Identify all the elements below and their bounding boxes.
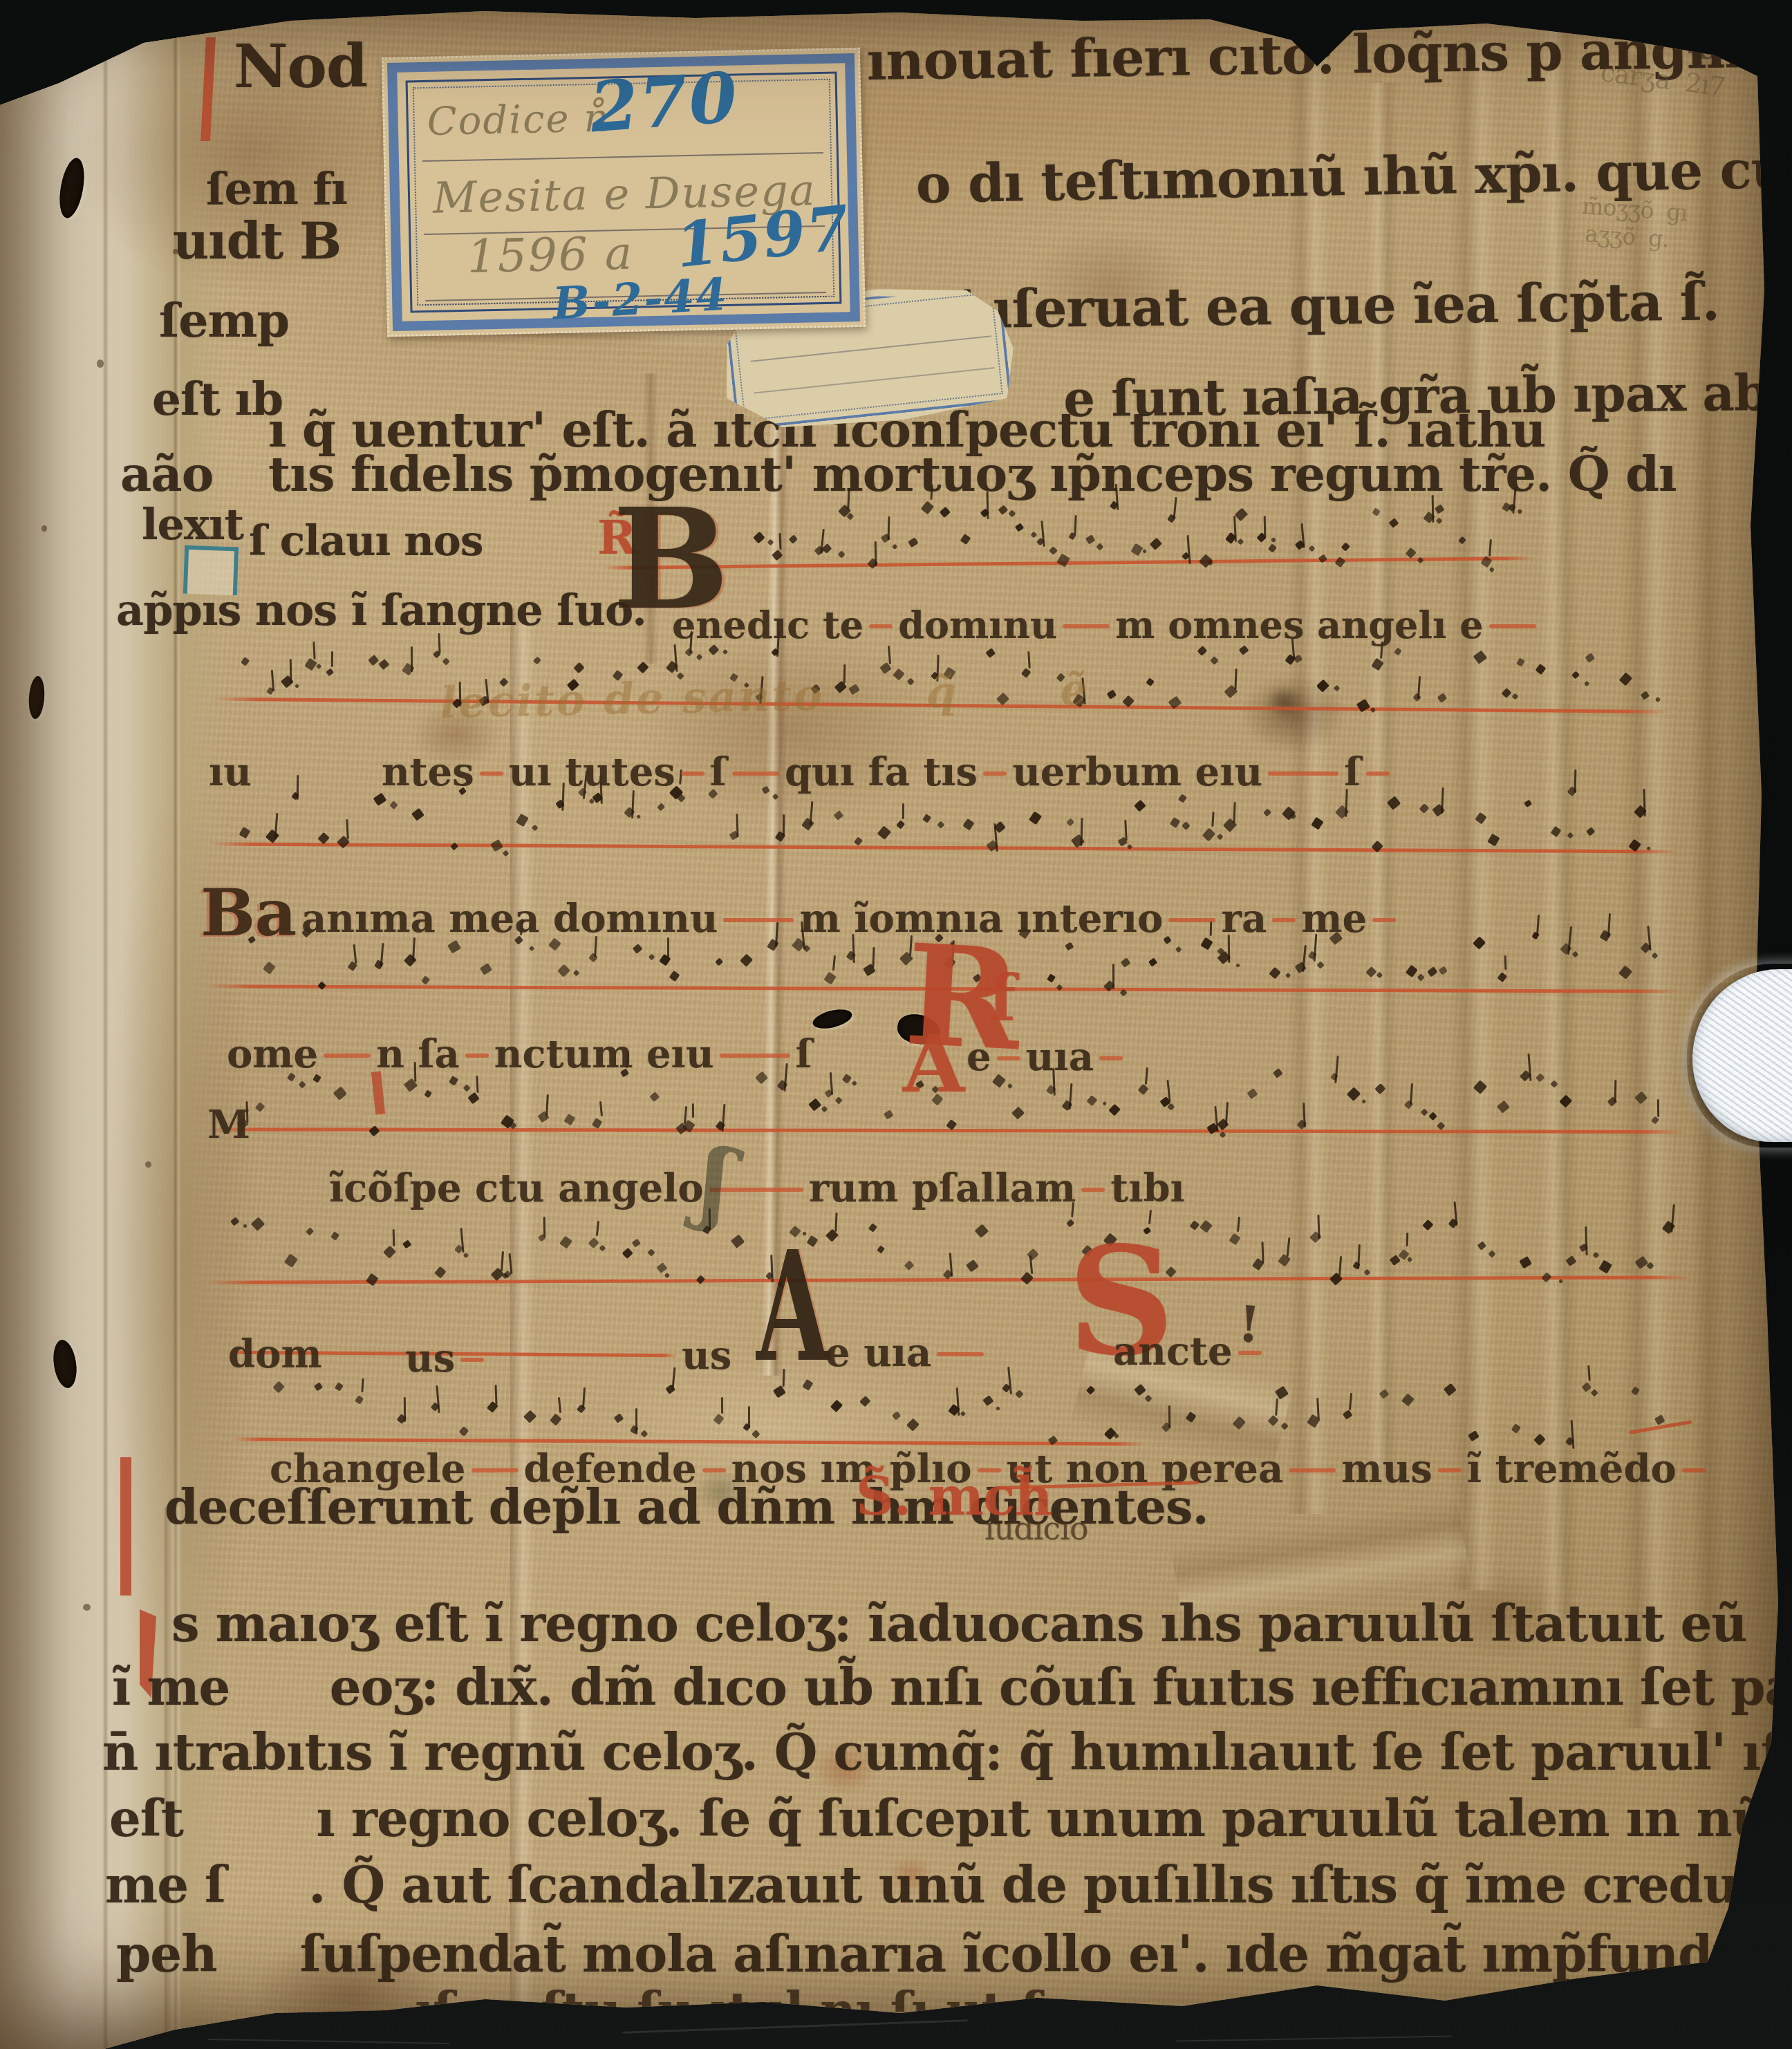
neume-mark bbox=[1268, 544, 1277, 553]
neume-dot bbox=[996, 1406, 1000, 1411]
neume-mark bbox=[772, 550, 783, 560]
neume-stem bbox=[1263, 516, 1266, 536]
neume-dot bbox=[1015, 1390, 1023, 1398]
neume-mark bbox=[1475, 812, 1486, 825]
neume-mark bbox=[1419, 803, 1430, 814]
neume-mark bbox=[1487, 834, 1500, 846]
neume-mark bbox=[1346, 1087, 1361, 1101]
lyric-extender-dash bbox=[1168, 918, 1215, 922]
neume-stem bbox=[476, 1076, 478, 1094]
text-line-start: eſt ıb bbox=[152, 372, 283, 426]
neume-mark bbox=[458, 1426, 469, 1437]
lyric-extender-dash bbox=[460, 1358, 484, 1362]
neume-mark bbox=[1437, 693, 1447, 702]
neume-stem bbox=[1318, 1214, 1320, 1238]
neume-mark bbox=[892, 1412, 902, 1421]
neume-stem bbox=[1657, 1099, 1659, 1117]
neume-mark bbox=[1229, 1233, 1241, 1245]
text-line-start: aão bbox=[120, 445, 213, 503]
neume-stem bbox=[782, 814, 784, 836]
neume-dot bbox=[1281, 1423, 1289, 1431]
punctuation-mark: ! bbox=[1236, 1294, 1261, 1354]
neume-dot bbox=[503, 850, 510, 857]
chant-lyric: omen ſanctum eıuſ bbox=[227, 1031, 812, 1077]
neume-mark bbox=[314, 1382, 323, 1391]
lyric-word: tıbı bbox=[1110, 1166, 1185, 1211]
neume-mark bbox=[1641, 691, 1650, 700]
neume-mark bbox=[1394, 647, 1403, 655]
neume-stem bbox=[595, 1221, 599, 1236]
neume-mark bbox=[1634, 1256, 1648, 1269]
text-line: ĩ me eoʒ: dıx̃. dm̃ dıco ub̃ nıſı cõuſı … bbox=[112, 1658, 1792, 1716]
neume-mark bbox=[998, 505, 1007, 514]
neume-stem bbox=[1233, 802, 1235, 823]
neume-mark bbox=[411, 808, 424, 821]
neume-mark bbox=[1087, 1095, 1098, 1106]
neume-stem bbox=[1316, 1398, 1320, 1419]
neume-mark bbox=[1401, 1393, 1415, 1406]
neume-mark bbox=[1047, 974, 1056, 984]
neume-mark bbox=[906, 1419, 920, 1432]
neume-dot bbox=[937, 821, 944, 829]
neume-stem bbox=[1112, 964, 1114, 989]
neume-stem bbox=[722, 1104, 726, 1132]
neume-mark bbox=[1146, 677, 1154, 686]
neume-mark bbox=[467, 1092, 480, 1105]
neume-stem bbox=[393, 1229, 395, 1247]
neume-mark bbox=[1618, 966, 1632, 980]
neume-mark bbox=[1269, 966, 1281, 979]
neume-mark bbox=[1631, 1386, 1640, 1396]
neume-stem bbox=[1237, 1217, 1240, 1233]
neume-mark bbox=[656, 1262, 667, 1273]
neume-mark bbox=[801, 818, 814, 831]
neume-dot bbox=[1210, 656, 1219, 665]
neume-dot bbox=[1316, 961, 1325, 969]
neume-dot bbox=[803, 945, 811, 953]
neume-mark bbox=[884, 1110, 894, 1121]
neume-stem bbox=[1406, 1233, 1409, 1246]
lyric-word: mus bbox=[1341, 1446, 1432, 1492]
neume-mark bbox=[1571, 671, 1580, 679]
neume-stem bbox=[635, 1408, 637, 1434]
neume-mark bbox=[1150, 537, 1162, 550]
neume-stem bbox=[671, 1367, 675, 1389]
neume-stem bbox=[411, 646, 413, 672]
neume-mark bbox=[1618, 673, 1632, 686]
neume-stem bbox=[1261, 1242, 1264, 1263]
chant-lyric: euıa bbox=[967, 1034, 1128, 1080]
neume-stem bbox=[271, 669, 274, 691]
neume-dot bbox=[837, 551, 846, 559]
neume-mark bbox=[421, 976, 431, 986]
neume-mark bbox=[1519, 1256, 1532, 1269]
text-line: ua' ıſeruat ea que ĩea ſcp̃ta ſ̃. bbox=[888, 270, 1719, 341]
lyric-word: ĩcõſpe ctu angelo bbox=[329, 1166, 704, 1211]
neume-mark bbox=[230, 1217, 239, 1227]
neume-dot bbox=[1271, 537, 1276, 543]
neume-mark bbox=[1233, 1416, 1247, 1430]
neume-mark bbox=[908, 537, 918, 548]
neume-mark bbox=[632, 1238, 641, 1247]
neume-stem bbox=[582, 1387, 586, 1408]
neume-mark bbox=[1550, 826, 1561, 837]
neume-mark bbox=[1294, 962, 1307, 973]
neume-mark bbox=[1581, 1382, 1591, 1392]
neume-mark bbox=[1107, 690, 1117, 700]
neume-stem bbox=[1234, 668, 1237, 690]
neume-mark bbox=[1651, 1116, 1659, 1125]
neume-dot bbox=[835, 1096, 843, 1105]
neume-mark bbox=[1533, 1433, 1546, 1445]
neume-stem bbox=[1068, 1083, 1072, 1110]
lyric-extender-dash bbox=[1489, 624, 1536, 628]
neume-mark bbox=[1011, 1106, 1025, 1119]
chant-lyric: enedıc tedomınum omnes angelı e bbox=[672, 603, 1542, 647]
ink-spot bbox=[1265, 686, 1303, 717]
neume-mark bbox=[1137, 1083, 1149, 1095]
neume-stem bbox=[1287, 1237, 1291, 1257]
neume-dot bbox=[1285, 973, 1291, 979]
neume-dot bbox=[1031, 531, 1038, 538]
pencil-marginalia: -ek bbox=[1687, 33, 1733, 66]
neume-mark bbox=[1197, 646, 1208, 656]
neume-mark bbox=[306, 1228, 314, 1236]
neume-mark bbox=[1029, 811, 1043, 825]
neume-dot bbox=[1175, 946, 1182, 953]
neume-dot bbox=[1101, 1101, 1107, 1107]
neume-dot bbox=[821, 1105, 828, 1112]
neume-stem bbox=[1585, 1226, 1587, 1255]
neume-mark bbox=[564, 1113, 576, 1125]
neume-stem bbox=[1588, 1365, 1592, 1381]
neume-dot bbox=[1571, 951, 1578, 958]
neume-mark bbox=[592, 1118, 603, 1129]
neume-mark bbox=[330, 1231, 339, 1241]
neume-mark bbox=[533, 656, 541, 664]
neume-stem bbox=[778, 533, 781, 550]
lyric-extender-dash bbox=[1438, 1468, 1462, 1472]
neume-dot bbox=[1437, 1121, 1445, 1130]
neume-stem bbox=[835, 1213, 838, 1232]
neume-mark bbox=[1535, 1073, 1544, 1083]
neume-mark bbox=[368, 655, 379, 665]
neume-stem bbox=[1574, 769, 1576, 793]
chant-lyric: ntesuı tutesſquı fa tısuerbum eıuſ bbox=[382, 749, 1395, 795]
neume-mark bbox=[333, 1087, 347, 1101]
neume-dot bbox=[1142, 549, 1148, 554]
lyric-extender-dash bbox=[1366, 771, 1390, 776]
neume-mark bbox=[1511, 1423, 1521, 1433]
neume-stem bbox=[501, 1251, 504, 1271]
neume-mark bbox=[877, 1245, 886, 1253]
neume-mark bbox=[895, 820, 905, 830]
neume-stem bbox=[1212, 812, 1215, 827]
text-line: eſt ı regno celoʒ. ſe q̃ ſuſcepıt unum p… bbox=[109, 1789, 1792, 1848]
neume-stem bbox=[872, 947, 875, 968]
neume-dot bbox=[1590, 1390, 1598, 1398]
neume-stem bbox=[1349, 1393, 1352, 1410]
neume-mark bbox=[557, 964, 570, 977]
staff-line bbox=[232, 1438, 1144, 1446]
lyric-extender-dash bbox=[465, 1054, 489, 1058]
neume-stem bbox=[1225, 1102, 1229, 1125]
neume-mark bbox=[1473, 937, 1486, 950]
neume-stem bbox=[1357, 1244, 1361, 1269]
neume-dot bbox=[1008, 509, 1016, 517]
neume-mark bbox=[335, 1382, 344, 1391]
lyric-extender-dash bbox=[480, 771, 503, 776]
neume-mark bbox=[1634, 1091, 1648, 1104]
neume-mark bbox=[986, 648, 996, 657]
neume-dot bbox=[1435, 517, 1442, 524]
neume-mark bbox=[1444, 1383, 1457, 1396]
lyric-extender-dash bbox=[869, 624, 893, 628]
text-line-start: Nod bbox=[234, 32, 367, 102]
neume-dot bbox=[1235, 963, 1240, 968]
neume-mark bbox=[1428, 1112, 1437, 1121]
neume-mark bbox=[1015, 523, 1024, 532]
neume-stem bbox=[1074, 515, 1076, 535]
neume-dot bbox=[1655, 696, 1661, 702]
neume-mark bbox=[265, 830, 279, 843]
neume-mark bbox=[1263, 808, 1271, 816]
lyric-word: ĩ tremẽdo bbox=[1467, 1446, 1677, 1492]
neume-dot bbox=[1096, 543, 1103, 550]
neume-stem bbox=[721, 1397, 723, 1414]
neume-dot bbox=[1488, 1250, 1496, 1257]
neume-mark bbox=[1379, 1389, 1390, 1399]
neume-mark bbox=[550, 1414, 561, 1425]
worm-hole bbox=[97, 359, 104, 368]
lyric-extender-dash bbox=[681, 771, 704, 776]
neume-dot bbox=[1237, 538, 1244, 545]
neume-dot bbox=[1421, 1108, 1429, 1116]
neume-stem bbox=[1614, 1080, 1617, 1102]
neume-stem bbox=[290, 659, 292, 683]
neume-mark bbox=[1085, 535, 1096, 545]
text-line: n̄ ıtrabıtıs ĩ regnũ celoʒ. Q̃ cumq̃: q̃… bbox=[102, 1723, 1792, 1781]
neume-dot bbox=[960, 1410, 966, 1416]
neume-mark bbox=[284, 1254, 298, 1268]
neume-dot bbox=[528, 946, 534, 952]
neume-mark bbox=[383, 1246, 396, 1259]
clipped-text-line: ıſ uı ſtıı ſu ıt ıl nı ſı ut ſe bbox=[415, 1981, 1072, 2012]
neume-mark bbox=[808, 1098, 821, 1111]
neume-mark bbox=[684, 648, 693, 657]
neume-stem bbox=[692, 1103, 694, 1118]
lyric-word: domınu bbox=[898, 603, 1057, 647]
lyric-word: ra bbox=[1221, 896, 1267, 942]
neume-mark bbox=[1497, 972, 1507, 982]
lyric-extender-dash bbox=[1099, 1056, 1123, 1060]
text-line-start: ſem fı bbox=[206, 163, 347, 215]
neume-dot bbox=[298, 1081, 306, 1089]
neume-dot bbox=[1652, 952, 1659, 959]
neume-stem bbox=[1410, 1083, 1413, 1105]
neume-dot bbox=[1007, 1083, 1013, 1089]
neume-dot bbox=[316, 664, 322, 670]
neume-dot bbox=[1217, 833, 1224, 840]
chant-lyric: us bbox=[682, 1333, 731, 1378]
neume-stem bbox=[361, 1378, 364, 1392]
lyric-word: enedıc te bbox=[672, 603, 864, 647]
worm-hole bbox=[83, 1604, 91, 1611]
neume-mark bbox=[1134, 800, 1146, 812]
worm-hole bbox=[145, 1161, 151, 1168]
neume-mark bbox=[1108, 1103, 1121, 1116]
neume-dot bbox=[767, 539, 774, 546]
neume-stem bbox=[543, 1217, 546, 1237]
chant-lyric: ıu bbox=[209, 749, 252, 795]
neume-mark bbox=[304, 658, 317, 671]
neume-stem bbox=[832, 955, 836, 971]
neume-mark bbox=[877, 825, 890, 839]
neume-mark bbox=[669, 971, 680, 982]
text-line-start: lexıt bbox=[142, 499, 243, 550]
neume-mark bbox=[1473, 650, 1487, 664]
label-codice-prefix: Codice n̊ bbox=[427, 95, 610, 144]
wrinkle-crease bbox=[1540, 28, 1579, 1618]
neume-mark bbox=[389, 801, 398, 810]
neume-mark bbox=[1468, 1430, 1480, 1441]
neume-mark bbox=[1536, 664, 1547, 675]
lyric-word: uerbum eıu bbox=[1012, 749, 1262, 795]
neume-mark bbox=[402, 1239, 412, 1248]
neume-mark bbox=[241, 657, 250, 666]
neume-stem bbox=[545, 1094, 549, 1116]
neume-mark bbox=[1202, 827, 1216, 841]
chant-lyric: ĩcõſpe ctu angelorum pſallamtıbı bbox=[329, 1166, 1185, 1211]
neume-mark bbox=[516, 813, 529, 826]
lyric-word: ome bbox=[227, 1031, 318, 1077]
neume-mark bbox=[1559, 1095, 1572, 1108]
worm-hole bbox=[41, 525, 47, 532]
neume-mark bbox=[637, 662, 648, 673]
neume-mark bbox=[1477, 1242, 1486, 1251]
neume-stem bbox=[1417, 676, 1421, 699]
text-line: tıs fıdelıs p̃mogenıt' mortuoʒ ıp̃nceps … bbox=[268, 445, 1677, 503]
neume-dot bbox=[1550, 1080, 1558, 1087]
neume-mark bbox=[255, 1102, 265, 1112]
lyric-word: ſ bbox=[1344, 749, 1361, 795]
neume-mark bbox=[1497, 1100, 1510, 1113]
neume-mark bbox=[833, 810, 843, 821]
red-flag-mark bbox=[371, 1071, 385, 1114]
neume-dot bbox=[1049, 546, 1058, 555]
label-codice-number: 270 bbox=[587, 56, 741, 148]
neume-dot bbox=[851, 1080, 857, 1086]
text-line-start: ſemp bbox=[159, 293, 289, 348]
neume-stem bbox=[875, 541, 877, 566]
lyric-extender-dash bbox=[997, 1056, 1020, 1060]
neume-mark bbox=[424, 1089, 432, 1098]
neume-stem bbox=[1488, 539, 1492, 556]
neume-mark bbox=[523, 1410, 536, 1423]
neume-mark bbox=[868, 1224, 877, 1233]
teal-label-remnant bbox=[183, 545, 239, 596]
neume-mark bbox=[239, 827, 251, 839]
lyric-extender-dash bbox=[702, 1468, 726, 1472]
text-line-fragment: ſ clauı nos bbox=[249, 517, 483, 565]
lyric-extender-dash bbox=[1372, 918, 1396, 922]
neume-dot bbox=[243, 1224, 248, 1228]
lyric-extender-dash bbox=[1682, 1468, 1706, 1472]
lyric-initial: Ba bbox=[200, 875, 296, 951]
neume-stem bbox=[1504, 955, 1507, 970]
neume-mark bbox=[613, 1413, 624, 1423]
neume-dot bbox=[463, 1084, 471, 1092]
catalog-label-sticker: Codice n̊ 270 Mesita e Dusega 1596 a 159… bbox=[382, 48, 866, 337]
neume-dot bbox=[599, 1245, 606, 1252]
chant-lyric: e uıa bbox=[825, 1330, 989, 1376]
neume-stem bbox=[557, 1397, 561, 1413]
neume-mark bbox=[1428, 966, 1439, 977]
lyric-word: uıa bbox=[1026, 1034, 1094, 1080]
stain bbox=[1241, 674, 1345, 754]
neume-mark bbox=[368, 1125, 380, 1136]
lyric-extender-dash bbox=[937, 1352, 984, 1356]
neume-mark bbox=[1598, 1260, 1612, 1274]
staff-line bbox=[207, 1128, 1687, 1134]
neume-dot bbox=[1290, 813, 1296, 819]
neume-stem bbox=[1168, 1405, 1170, 1428]
neume-mark bbox=[740, 954, 753, 967]
lyric-extender-dash bbox=[720, 1054, 790, 1058]
neume-mark bbox=[983, 1395, 994, 1405]
neume-dot bbox=[1168, 1103, 1175, 1111]
neume-mark bbox=[1439, 966, 1448, 975]
neume-mark bbox=[1056, 554, 1070, 568]
neume-mark bbox=[1422, 1219, 1433, 1231]
pencil-marginalia: aʒʒõ g. bbox=[1584, 220, 1670, 252]
initial-A-red: A bbox=[903, 1018, 964, 1111]
neume-dot bbox=[295, 684, 299, 689]
neume-stem bbox=[331, 651, 333, 667]
neume-mark bbox=[588, 1237, 600, 1249]
neume-mark bbox=[854, 836, 863, 845]
neume-dot bbox=[1334, 685, 1341, 692]
neume-mark bbox=[1388, 518, 1399, 528]
neume-stem bbox=[1145, 1067, 1148, 1084]
neume-mark bbox=[447, 940, 460, 954]
lyric-word: nctum eıu bbox=[494, 1031, 714, 1077]
neume-mark bbox=[1566, 1255, 1577, 1266]
neume-mark bbox=[657, 803, 666, 812]
neume-mark bbox=[1169, 817, 1180, 828]
staff-line bbox=[207, 1275, 1694, 1284]
neume-mark bbox=[1524, 799, 1533, 807]
neume-mark bbox=[574, 662, 585, 673]
neume-stem bbox=[1670, 1204, 1675, 1233]
neume-mark bbox=[920, 500, 934, 514]
neume-dot bbox=[1361, 1099, 1367, 1105]
neume-stem bbox=[748, 1406, 750, 1428]
neume-dot bbox=[664, 1273, 670, 1278]
neume-stem bbox=[1334, 1056, 1338, 1083]
neume-stem bbox=[1567, 926, 1572, 955]
neume-mark bbox=[1372, 508, 1380, 517]
lyric-word: anıma mea domınu bbox=[301, 896, 718, 942]
neume-mark bbox=[480, 963, 492, 975]
neume-mark bbox=[649, 1092, 659, 1101]
neume-mark bbox=[713, 1413, 724, 1424]
neume-mark bbox=[1341, 543, 1350, 552]
neume-dot bbox=[752, 1430, 760, 1438]
neume-stem bbox=[313, 642, 316, 660]
neume-mark bbox=[1386, 796, 1401, 810]
neume-mark bbox=[1406, 965, 1418, 977]
